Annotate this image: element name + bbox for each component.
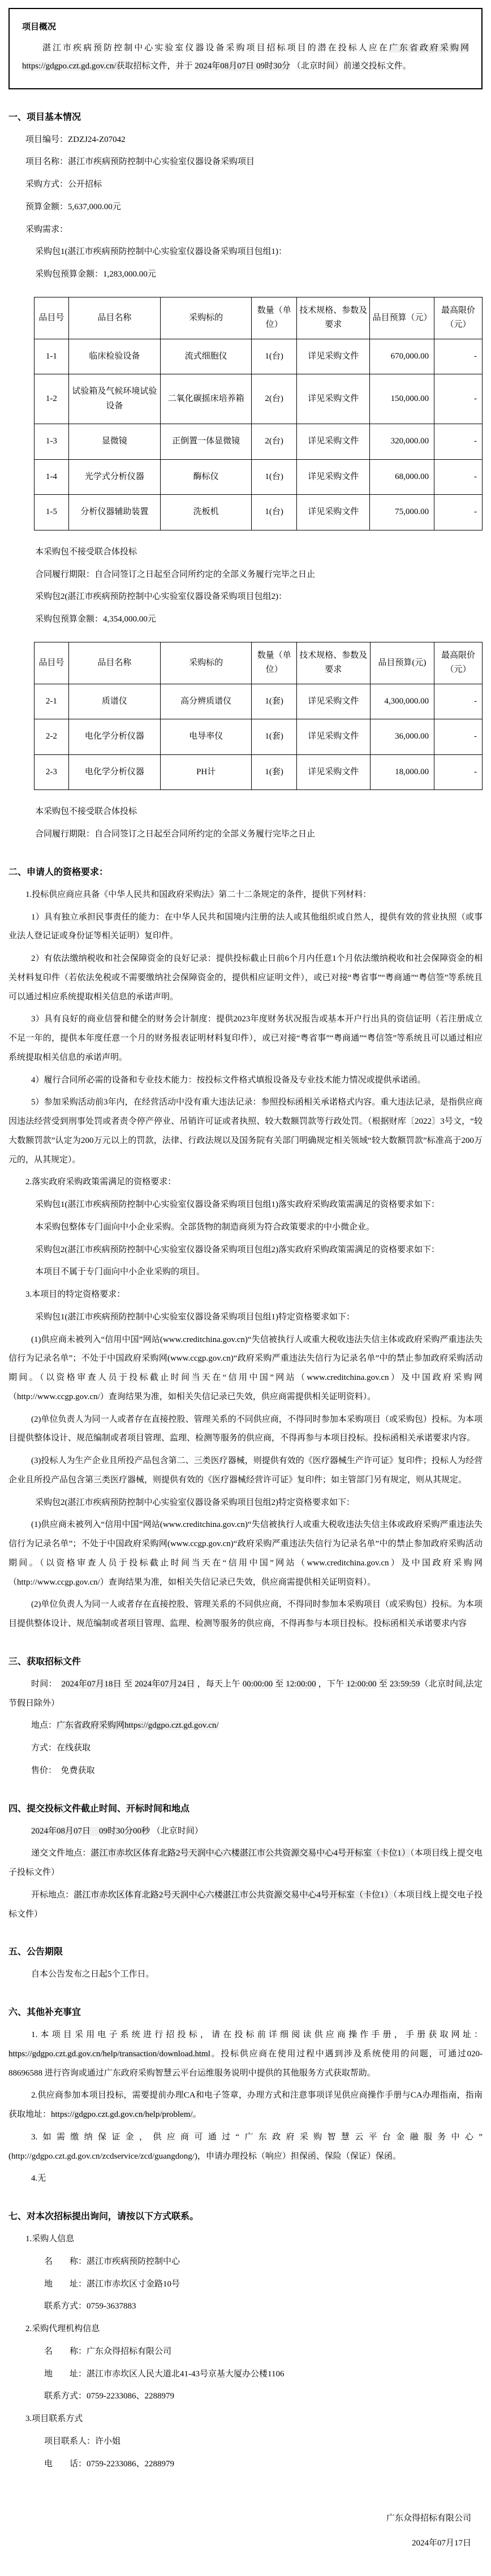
package1-no-consortium: 本采购包不接受联合体投标	[35, 543, 483, 562]
text-run: 时间：	[31, 1680, 61, 1689]
table-cell: 详见采购文件	[296, 424, 369, 460]
agency-contact: 联系方式：0759-2233086、2288979	[44, 2387, 483, 2406]
table-cell: 详见采购文件	[296, 495, 369, 530]
paragraph: 采购包2(湛江市疾病预防控制中心实验室仪器设备采购项目包组2)落实政府采购政策需…	[35, 1241, 483, 1260]
table-row: 1-4光学式分析仪器酶标仪1(台)详见采购文件68,000.00-	[35, 459, 483, 495]
package2-no-consortium: 本采购包不接受联合体投标	[35, 802, 483, 822]
table-header-row: 品目号品目名称采购标的数量（单位）技术规格、参数及要求品目预算(元)最高限价（元…	[35, 642, 483, 684]
paragraph: 本项目不属于专门面向中小企业采购的项目。	[35, 1263, 483, 1282]
text-run: 开标地点：	[31, 1891, 74, 1900]
table-cell: 详见采购文件	[296, 339, 369, 374]
table-cell: 75,000.00	[370, 495, 434, 530]
purchaser-name: 名 称：湛江市疾病预防控制中心	[44, 2253, 483, 2272]
text-run: 至	[122, 1680, 135, 1689]
qualification-item-3: 3.本项目的特定资格要求：	[25, 1285, 483, 1305]
section-7-heading: 七、对本次招标提出询问，请按以下方式联系。	[8, 2209, 483, 2222]
table-cell: 详见采购文件	[296, 459, 369, 495]
purchaser-address: 地 址：湛江市赤坎区寸金路10号	[44, 2275, 483, 2294]
bid-submit-place: 递交文件地点：湛江市赤坎区体育北路2号天润中心六楼湛江市公共资源交易中心4号开标…	[8, 1844, 483, 1883]
section-2-heading: 二、申请人的资格要求：	[8, 865, 483, 878]
text-run: 。	[193, 2110, 201, 2119]
agency-info-title: 2.采购代理机构信息	[25, 2320, 483, 2339]
text-run: ，下午	[316, 1680, 347, 1689]
section-4-heading: 四、提交投标文件截止时间、开标时间和地点	[8, 1801, 483, 1814]
table-cell: 2-2	[35, 719, 69, 755]
table-cell: 1(台)	[252, 339, 297, 374]
paragraph: 2）有依法缴纳税收和社会保障资金的良好记录：提供投标截止日前6个月内任意1个月依…	[8, 950, 483, 1007]
paragraph: (2)单位负责人为同一人或者存在直接控股、管理关系的不同供应商，不得同时参加本采…	[8, 1595, 483, 1634]
table-cell: PH计	[161, 754, 252, 790]
text-run: 地点：	[31, 1721, 57, 1730]
column-header: 品目号	[35, 642, 69, 684]
table-row: 1-1临床检验设备流式细胞仪1(台)详见采购文件670,000.00-	[35, 339, 483, 374]
table-cell: -	[434, 684, 483, 719]
paragraph: (1)供应商未被列入“信用中国”网站(www.creditchina.gov.c…	[8, 1516, 483, 1592]
paragraph: 采购包1(湛江市疾病预防控制中心实验室仪器设备采购项目包组1)落实政府采购政策需…	[35, 1196, 483, 1215]
table-cell: 1-3	[35, 424, 69, 460]
column-header: 数量（单位）	[252, 642, 297, 684]
paragraph: (3)投标人为生产企业且所投产品包含第二、三类医疗器械，则提供有效的《医疗器械生…	[8, 1452, 483, 1490]
table-cell: 2(台)	[252, 424, 297, 460]
package1-intro: 采购包1(湛江市疾病预防控制中心实验室仪器设备采购项目包组1)：	[35, 243, 483, 262]
table-cell: -	[434, 719, 483, 755]
table-cell: -	[434, 754, 483, 790]
text-run: 至	[377, 1680, 390, 1689]
table-cell: -	[434, 459, 483, 495]
table-row: 2-3电化学分析仪器PH计1(套)详见采购文件18,000.00-	[35, 754, 483, 790]
table-cell: 显微镜	[68, 424, 160, 460]
table-cell: 4,300,000.00	[370, 684, 434, 719]
paragraph: 5）参加采购活动前3年内，在经营活动中没有重大违法记录：参照投标函相关承诺格式内…	[8, 1093, 483, 1170]
document-footer: 广东众得招标有限公司 2024年07月17日	[8, 2510, 483, 2552]
table-cell: 分析仪器辅助装置	[68, 495, 160, 530]
supplement-4: 4.无	[8, 2169, 483, 2189]
package2-contract-term: 合同履行期限：自合同签订之日起至合同所约定的全部义务履行完毕之日止	[35, 825, 483, 844]
table-cell: 1(套)	[252, 754, 297, 790]
section-1-heading: 一、项目基本情况	[8, 110, 483, 123]
highlighted-value: 12:00:00	[346, 1680, 376, 1689]
table-cell: 试验箱及气候环境试验设备	[68, 374, 160, 424]
field-procurement-demand: 采购需求：	[25, 221, 483, 240]
table-row: 1-5分析仪器辅助装置洗板机1(台)详见采购文件75,000.00-	[35, 495, 483, 530]
table-row: 1-3显微镜正倒置一体显微镜2(台)详见采购文件320,000.00-	[35, 424, 483, 460]
table-cell: 1(台)	[252, 495, 297, 530]
announcement-date: 2024年07月17日	[8, 2535, 471, 2553]
column-header: 技术规格、参数及要求	[296, 297, 369, 339]
table-cell: 1(台)	[252, 459, 297, 495]
field-project-number: 项目编号：ZDZJ24-Z07042	[25, 131, 483, 150]
package2-budget: 采购包预算金额：4,354,000.00元	[35, 610, 483, 629]
highlighted-value: https://gdgpo.czt.gd.gov.cn/help/transac…	[8, 2049, 210, 2059]
table-cell: -	[434, 374, 483, 424]
project-overview-box: 项目概况 湛江市疾病预防控制中心实验室仪器设备采购项目招标项目的潜在投标人应在广…	[8, 8, 483, 89]
table-cell: 2-1	[35, 684, 69, 719]
highlighted-value: 2024年07月18日	[61, 1680, 121, 1689]
highlighted-value: 12:00:00	[286, 1680, 316, 1689]
table-cell: 1-4	[35, 459, 69, 495]
paragraph: 4）履行合同所必需的设备和专业技术能力：按投标文件格式填报设备及专业技术能力情况…	[8, 1071, 483, 1090]
highlighted-value: 00:00:00	[243, 1680, 273, 1689]
text-run: 获取招标文件，并于	[117, 62, 195, 71]
column-header: 品目名称	[68, 297, 160, 339]
text-run: 1.本项目采用电子系统进行招投标，请在投标前详细阅读供应商操作手册，手册获取网址…	[31, 2030, 483, 2039]
agency-address: 地 址：湛江市赤坎区人民大道北41-43号京基大厦办公楼1106	[44, 2365, 483, 2384]
table-cell: 二氧化碳摇床培养箱	[161, 374, 252, 424]
table-cell: 1-1	[35, 339, 69, 374]
table-cell: 酶标仪	[161, 459, 252, 495]
table-cell: 68,000.00	[370, 459, 434, 495]
document-obtain-place: 地点：广东省政府采购网https://gdgpo.czt.gd.gov.cn/	[8, 1716, 483, 1736]
purchaser-contact: 联系方式：0759-3637883	[44, 2297, 483, 2316]
supplement-1: 1.本项目采用电子系统进行招投标，请在投标前详细阅读供应商操作手册，手册获取网址…	[8, 2026, 483, 2083]
text-run: 湛江市疾病预防控制中心实验室仪器设备采购项目招标项目的潜在投标人应在	[42, 44, 389, 53]
text-run: （北京时间）	[150, 1827, 203, 1836]
paragraph: 3）具有良好的商业信誉和健全的财务会计制度：提供2023年度财务状况报告或基本开…	[8, 1010, 483, 1067]
column-header: 品目名称	[68, 642, 160, 684]
bid-opening-place: 开标地点：湛江市赤坎区体育北路2号天润中心六楼湛江市公共资源交易中心4号开标室（…	[8, 1886, 483, 1925]
agency-signature: 广东众得招标有限公司	[8, 2510, 471, 2528]
table-cell: -	[434, 339, 483, 374]
table-cell: 洗板机	[161, 495, 252, 530]
paragraph: 采购包1(湛江市疾病预防控制中心实验室仪器设备采购项目包组1)特定资格要求如下：	[35, 1308, 483, 1327]
table-row: 2-1质谱仪高分辨质谱仪1(套)详见采购文件4,300,000.00-	[35, 684, 483, 719]
table-cell: 电化学分析仪器	[68, 719, 160, 755]
text-run: （北京时间）前递交投标文件。	[290, 62, 411, 71]
qualification-item-1: 1.投标供应商应具备《中华人民共和国政府采购法》第二十二条规定的条件，提供下列材…	[25, 886, 483, 905]
column-header: 最高限价（元）	[434, 642, 483, 684]
highlighted-value: 湛江市赤坎区体育北路2号天润中心六楼湛江市公共资源交易中心4号开标室（卡位1）	[91, 1849, 410, 1858]
qualification-item-2: 2.落实政府采购政策需满足的资格要求：	[25, 1173, 483, 1192]
column-header: 品目预算（元）	[370, 297, 434, 339]
paragraph: 1）具有独立承担民事责任的能力：在中华人民共和国境内注册的法人或其他组织或自然人…	[8, 908, 483, 947]
section-6-heading: 六、其他补充事宜	[8, 2005, 483, 2018]
table-cell: 670,000.00	[370, 339, 434, 374]
column-header: 品目预算(元)	[370, 642, 434, 684]
field-budget-amount: 预算金额：5,637,000.00元	[25, 198, 483, 217]
column-header: 技术规格、参数及要求	[297, 642, 371, 684]
table-cell: 1-2	[35, 374, 69, 424]
table-cell: 36,000.00	[370, 719, 434, 755]
package2-items-table: 品目号品目名称采购标的数量（单位）技术规格、参数及要求品目预算(元)最高限价（元…	[34, 642, 483, 791]
package1-budget: 采购包预算金额：1,283,000.00元	[35, 265, 483, 284]
supplement-2: 2.供应商参加本项目投标，需要提前办理CA和电子签章，办理方式和注意事项详见供应…	[8, 2086, 483, 2125]
table-cell: 详见采购文件	[297, 719, 371, 755]
document-obtain-method: 方式：在线获取	[8, 1739, 483, 1758]
highlighted-value: 广东省政府采购网https://gdgpo.czt.gd.gov.cn/	[57, 1721, 219, 1730]
field-project-name: 项目名称：湛江市疾病预防控制中心实验室仪器设备采购项目	[25, 153, 483, 172]
text-run: 递交文件地点：	[31, 1849, 91, 1858]
agency-name: 名 称：广东众得招标有限公司	[44, 2342, 483, 2362]
table-cell: 详见采购文件	[297, 684, 371, 719]
text-run: ，每天上午	[195, 1680, 243, 1689]
paragraph: 采购包2(湛江市疾病预防控制中心实验室仪器设备采购项目包组2)特定资格要求如下：	[35, 1494, 483, 1513]
bid-deadline: 2024年08月07日 09时30分00秒 （北京时间）	[8, 1822, 483, 1841]
table-cell: 高分辨质谱仪	[161, 684, 252, 719]
section-5-heading: 五、公告期限	[8, 1944, 483, 1957]
table-cell: 1(套)	[252, 719, 297, 755]
highlighted-value: 2024年08月07日 09时30分	[195, 62, 290, 71]
table-cell: 详见采购文件	[297, 754, 371, 790]
column-header: 最高限价（元）	[434, 297, 483, 339]
document-obtain-time: 时间： 2024年07月18日 至 2024年07月24日 ，每天上午 00:0…	[8, 1675, 483, 1714]
highlighted-value: 2024年08月07日 09时30分00秒	[31, 1827, 150, 1836]
paragraph: 本采购包整体专门面向中小企业采购。全部货物的制造商须为符合政策要求的中小微企业。	[35, 1218, 483, 1237]
package1-contract-term: 合同履行期限：自合同签订之日起至合同所约定的全部义务履行完毕之日止	[35, 566, 483, 585]
purchaser-info-title: 1.采购人信息	[25, 2230, 483, 2249]
supplement-3: 3.如需缴纳保证金，供应商可通过“广东政府采购智慧云平台金融服务中心”(http…	[8, 2128, 483, 2167]
highlighted-value: https://gdgpo.czt.gd.gov.cn/help/problem…	[51, 2110, 193, 2119]
package2-intro: 采购包2(湛江市疾病预防控制中心实验室仪器设备采购项目包组2)：	[35, 588, 483, 607]
table-cell: 质谱仪	[68, 684, 160, 719]
column-header: 数量（单位）	[252, 297, 297, 339]
document-body: 一、项目基本情况项目编号：ZDZJ24-Z07042项目名称：湛江市疾病预防控制…	[8, 110, 483, 2474]
paragraph: (1)供应商未被列入“信用中国”网站(www.creditchina.gov.c…	[8, 1331, 483, 1407]
column-header: 品目号	[35, 297, 69, 339]
highlighted-value: 2024年07月24日	[135, 1680, 195, 1689]
document-obtain-price: 售价： 免费获取	[8, 1762, 483, 1781]
column-header: 采购标的	[161, 642, 252, 684]
table-cell: 正倒置一体显微镜	[161, 424, 252, 460]
field-procurement-method: 采购方式：公开招标	[25, 175, 483, 195]
overview-body: 湛江市疾病预防控制中心实验室仪器设备采购项目招标项目的潜在投标人应在广东省政府采…	[22, 39, 469, 76]
package1-items-table: 品目号品目名称采购标的数量（单位）技术规格、参数及要求品目预算（元）最高限价（元…	[34, 297, 483, 530]
procurement-announcement-page: 项目概况 湛江市疾病预防控制中心实验室仪器设备采购项目招标项目的潜在投标人应在广…	[0, 0, 491, 2576]
section-3-heading: 三、获取招标文件	[8, 1654, 483, 1667]
table-cell: 1(套)	[252, 684, 297, 719]
project-contact-phone: 电 话：0759-2233086、2288979	[44, 2455, 483, 2474]
overview-title: 项目概况	[22, 20, 469, 32]
table-cell: 2(台)	[252, 374, 297, 424]
column-header: 采购标的	[161, 297, 252, 339]
table-cell: 电化学分析仪器	[68, 754, 160, 790]
table-cell: 1-5	[35, 495, 69, 530]
table-cell: 320,000.00	[370, 424, 434, 460]
table-cell: -	[434, 495, 483, 530]
table-row: 2-2电化学分析仪器电导率仪1(套)详见采购文件36,000.00-	[35, 719, 483, 755]
project-contact-person: 项目联系人：许小姐	[44, 2432, 483, 2452]
announcement-period: 自本公告发布之日起5个工作日。	[8, 1965, 483, 1984]
table-cell: 光学式分析仪器	[68, 459, 160, 495]
table-cell: 临床检验设备	[68, 339, 160, 374]
highlighted-value: 23:59:59	[390, 1680, 420, 1689]
paragraph: (2)单位负责人为同一人或者存在直接控股、管理关系的不同供应商，不得同时参加本采…	[8, 1410, 483, 1449]
table-cell: 详见采购文件	[296, 374, 369, 424]
table-cell: 电导率仪	[161, 719, 252, 755]
highlighted-value: 湛江市赤坎区体育北路2号天润中心六楼湛江市公共资源交易中心4号开标室（卡位1）	[74, 1891, 393, 1900]
text-run: 至	[273, 1680, 286, 1689]
table-cell: 流式细胞仪	[161, 339, 252, 374]
table-header-row: 品目号品目名称采购标的数量（单位）技术规格、参数及要求品目预算（元）最高限价（元…	[35, 297, 483, 339]
table-cell: 150,000.00	[370, 374, 434, 424]
table-cell: -	[434, 424, 483, 460]
table-row: 1-2试验箱及气候环境试验设备二氧化碳摇床培养箱2(台)详见采购文件150,00…	[35, 374, 483, 424]
project-contact-title: 3.项目联系方式	[25, 2410, 483, 2429]
table-cell: 18,000.00	[370, 754, 434, 790]
table-cell: 2-3	[35, 754, 69, 790]
